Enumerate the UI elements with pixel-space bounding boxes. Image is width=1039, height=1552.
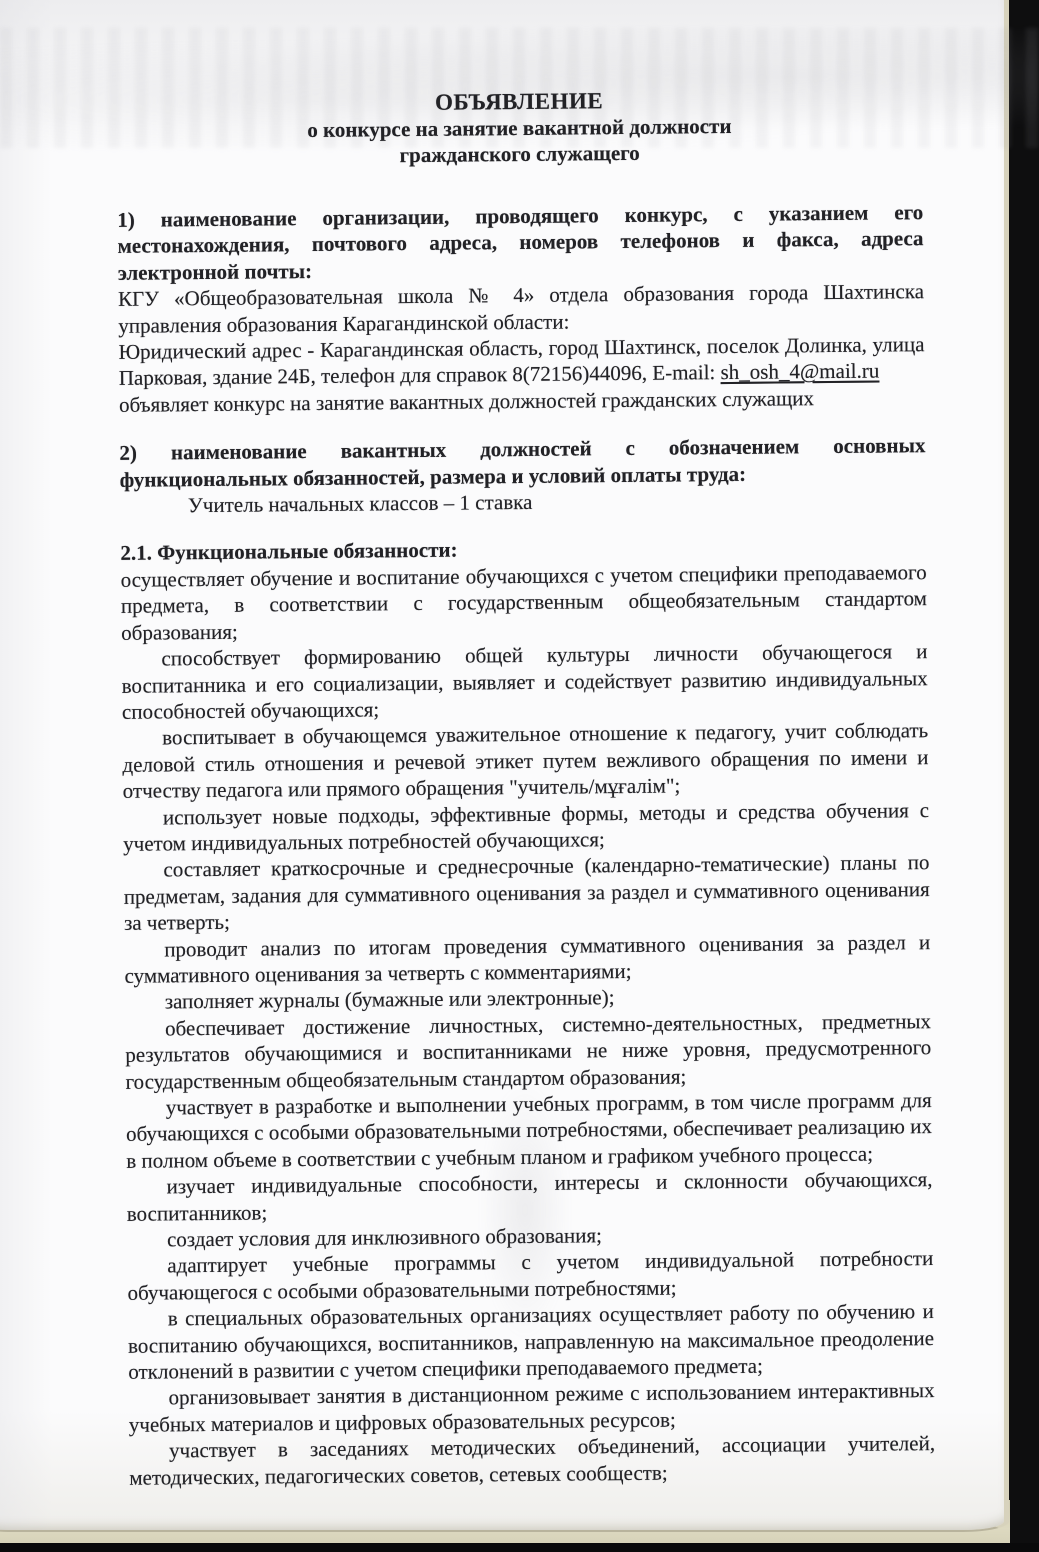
section-2-heading: 2) наименование вакантных должностей с о… [119, 432, 925, 493]
duty-item: в специальных образовательных организаци… [128, 1298, 935, 1385]
duty-item: использует новые подходы, эффективные фо… [123, 797, 929, 858]
duty-item: организовывает занятия в дистанционном р… [128, 1378, 934, 1439]
email-text: sh_osh_4@mail.ru [720, 359, 879, 385]
duty-item: воспитывает в обучающемся уважительное о… [122, 717, 929, 804]
scanned-document-photo: ОБЪЯВЛЕНИЕ о конкурсе на занятие вакантн… [0, 0, 1039, 1552]
document-content: ОБЪЯВЛЕНИЕ о конкурсе на занятие вакантн… [116, 84, 935, 1491]
duty-item: изучает индивидуальные способности, инте… [126, 1166, 932, 1227]
duty-item: осуществляет обучение и воспитание обуча… [121, 559, 928, 646]
duty-item: способствует формированию общей культуры… [121, 638, 928, 725]
organization-line: КГУ «Общеобразовательная школа № 4» отде… [118, 278, 924, 339]
photo-dark-edge-bottom [0, 1543, 1039, 1552]
legal-address-line: Юридический адрес - Карагандинская облас… [118, 331, 924, 392]
duty-item: составляет краткосрочные и среднесрочные… [123, 849, 930, 936]
duty-item: участвует в разработке и выполнении учеб… [126, 1087, 933, 1174]
section-1-heading: 1) наименование организации, проводящего… [117, 199, 924, 286]
duty-item: участвует в заседаниях методических объе… [129, 1430, 935, 1491]
duty-item: обеспечивает достижение личностных, сист… [125, 1008, 932, 1095]
duty-item: проводит анализ по итогам проведения сум… [124, 929, 930, 990]
duty-item: адаптирует учебные программы с учетом ин… [127, 1246, 933, 1307]
